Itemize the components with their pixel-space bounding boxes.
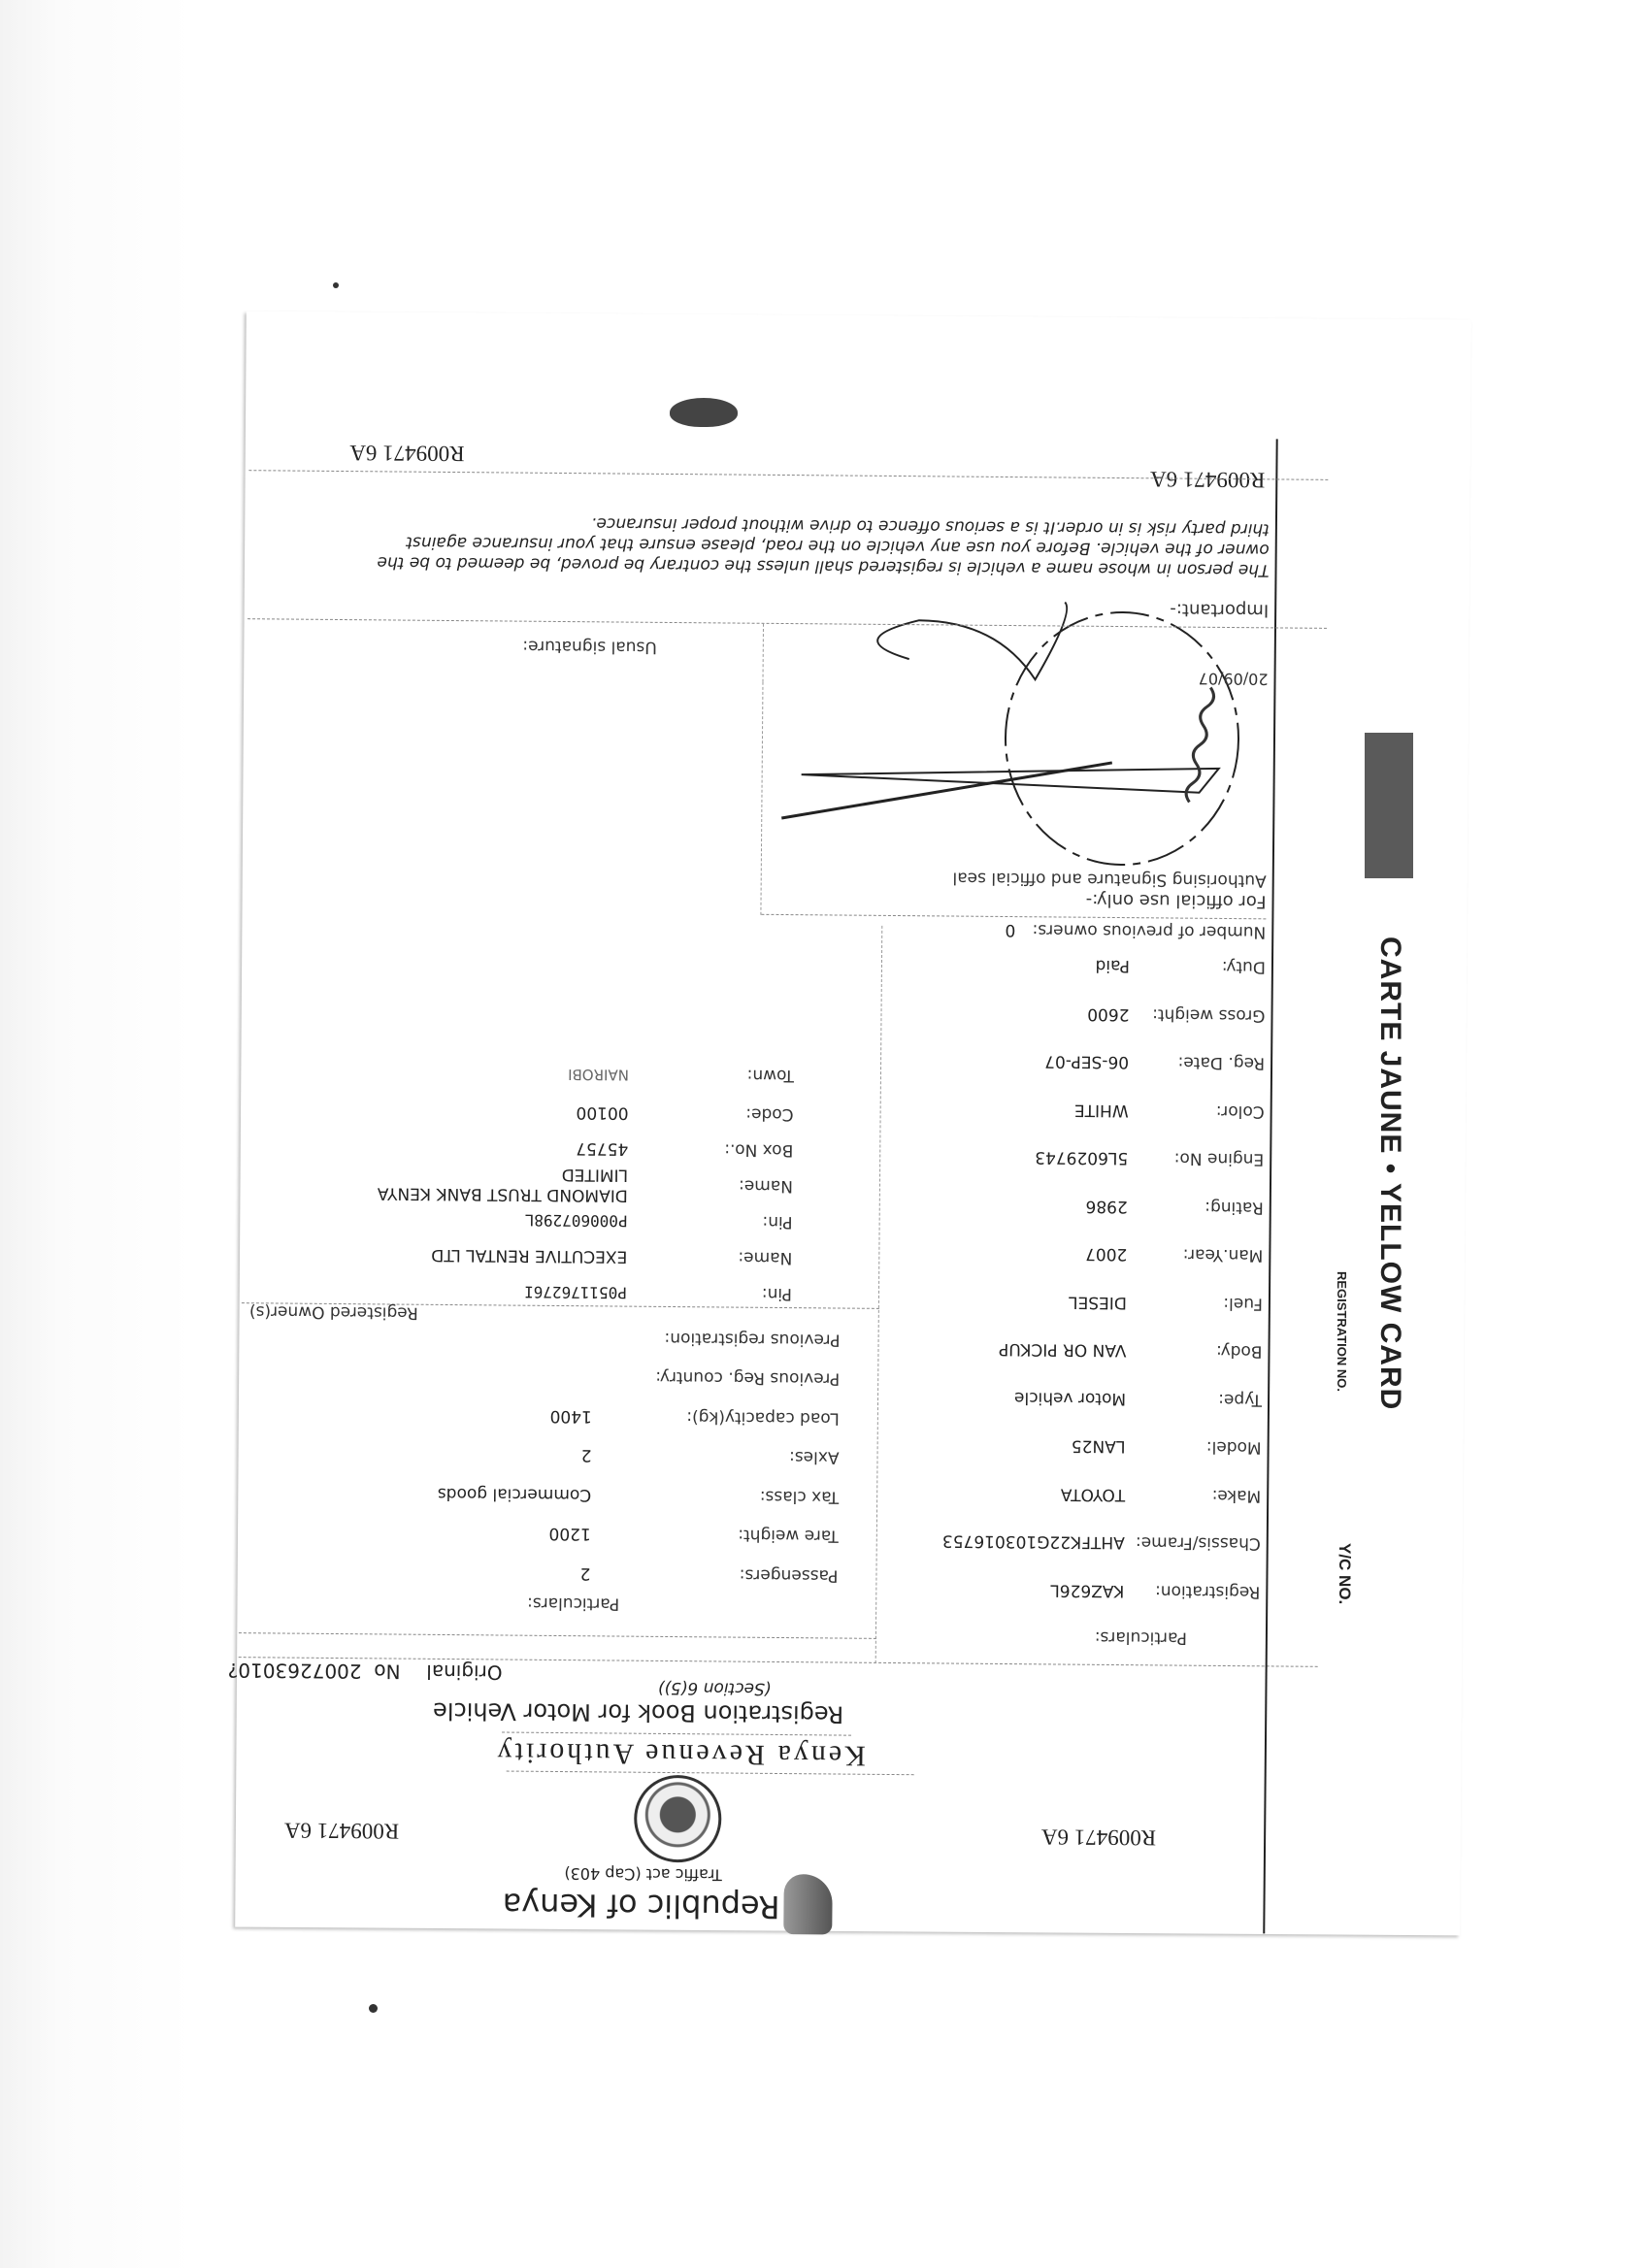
ink-stamp-mark (670, 398, 738, 427)
vehicle-field-label: Gross weight: (1152, 1004, 1266, 1025)
vehicle-field-label: Color: (1216, 1101, 1265, 1121)
tax-field-value: 2 (580, 1563, 591, 1583)
vehicle-field-value: LAN25 (1072, 1436, 1126, 1456)
serial-header-right: R009471 6A (284, 1818, 399, 1844)
owner2-pin: P000607298L (525, 1211, 628, 1231)
important-heading: Important:- (1170, 599, 1269, 620)
previous-owners-label: Number of previous owners: (1033, 920, 1267, 941)
owner2-name-line1: DIAMOND TRUST BANK KENYA (378, 1183, 628, 1204)
document-title: Registration Book for Motor Vehicle (433, 1697, 843, 1728)
thumb-smudge (783, 1874, 833, 1934)
document-number: 2007263010? (228, 1659, 362, 1683)
signature-date: 20/09/07 (1199, 670, 1269, 689)
tax-field-value: 1200 (548, 1524, 590, 1543)
vehicle-field-label: Man.Year: (1183, 1245, 1264, 1265)
vehicle-field-label: Fuel: (1223, 1294, 1263, 1313)
kra-crest-icon (634, 1775, 722, 1863)
vehicle-field-value: 2986 (1085, 1197, 1127, 1216)
tax-field-label: Tare weight: (738, 1526, 839, 1546)
town-value: NAIROBI (568, 1066, 629, 1084)
owner1-name-label: Name: (738, 1248, 792, 1267)
registration-book-page: Republic of Kenya Traffic act (Cap 403) … (236, 430, 1328, 1934)
vehicle-field-value: DIESEL (1069, 1293, 1127, 1313)
code-label: Code: (745, 1104, 793, 1124)
side-black-tab (1365, 733, 1413, 878)
vehicle-field-value: 5L6029743 (1035, 1148, 1128, 1168)
copy-type: Original (426, 1660, 502, 1685)
owner1-pin: P051176276I (524, 1283, 627, 1302)
act-reference: Traffic act (Cap 403) (564, 1864, 722, 1884)
section-reference: (Section 6(5)) (658, 1678, 772, 1698)
vehicle-field-value: AHTFK22G103016753 (942, 1531, 1125, 1553)
tax-field-label: Previous registration: (664, 1329, 840, 1350)
tax-field-label: Tax class: (760, 1487, 840, 1507)
box-label: Box No.: (724, 1139, 793, 1160)
vehicle-field-value: 2007 (1085, 1244, 1127, 1264)
registration-no-label: REGISTRATION NO. (1335, 1271, 1349, 1392)
particulars-left-heading: Particulars: (1095, 1627, 1187, 1648)
vehicle-field-value: WHITE (1074, 1101, 1129, 1120)
tax-field-label: Previous Reg. country: (655, 1367, 840, 1389)
country-heading: Republic of Kenya (502, 1887, 779, 1925)
box-value: 45757 (576, 1138, 628, 1158)
vehicle-field-value: KAZ626L (1050, 1580, 1124, 1600)
column-divider (875, 926, 883, 1663)
registered-owners-heading: Registered Owner(s) (249, 1301, 418, 1323)
vehicle-field-label: Make: (1212, 1486, 1262, 1505)
particulars-right-heading: Particulars: (527, 1594, 619, 1614)
carte-jaune-heading: CARTE JAUNE • YELLOW CARD (1373, 937, 1406, 1410)
owner2-name-label: Name: (739, 1176, 793, 1196)
vehicle-field-value: Motor vehicle (1014, 1388, 1126, 1408)
vehicle-field-value: Paid (1095, 956, 1130, 975)
tax-field-label: Passengers: (740, 1565, 839, 1586)
town-label: Town: (747, 1066, 794, 1085)
vehicle-field-value: 2600 (1087, 1004, 1129, 1024)
tax-field-label: Axles: (789, 1448, 840, 1467)
vehicle-field-label: Chassis/Frame: (1136, 1533, 1261, 1554)
vehicle-field-label: Engine No: (1174, 1149, 1265, 1169)
serial-footer-right: R009471 6A (349, 440, 464, 466)
code-value: 00100 (576, 1102, 628, 1122)
tax-field-value: 1400 (550, 1406, 592, 1426)
rule (761, 914, 1266, 920)
usual-signature-label: Usual signature: (522, 637, 657, 657)
vehicle-field-value: VAN OR PICKUP (999, 1339, 1127, 1360)
official-use-heading: For official use only:- (1086, 890, 1267, 912)
vehicle-field-label: Reg. Date: (1178, 1053, 1266, 1073)
vehicle-field-value: 06-SEP-07 (1044, 1052, 1129, 1072)
tax-field-label: Load capacity(kg): (686, 1407, 840, 1428)
vehicle-field-label: Body: (1216, 1341, 1263, 1361)
yc-no-label: Y/C NO. (1335, 1543, 1354, 1604)
rule (239, 1632, 876, 1639)
vehicle-field-label: Registration: (1155, 1581, 1260, 1601)
authority-name: Kenya Revenue Authority (494, 1735, 866, 1771)
tax-field-value: 2 (581, 1446, 592, 1465)
tax-field-value: Commercial goods (438, 1484, 591, 1504)
vehicle-field-label: Type: (1218, 1390, 1262, 1409)
vehicle-field-label: Duty: (1222, 957, 1266, 976)
number-label: No (374, 1660, 400, 1683)
owner2-name-line2: LIMITED (562, 1165, 629, 1185)
speck (369, 2004, 378, 2013)
previous-owners-value: 0 (1005, 920, 1015, 939)
vehicle-field-value: TOYOTA (1061, 1485, 1126, 1505)
vehicle-field-label: Model: (1206, 1437, 1262, 1457)
vehicle-field-label: Rating: (1204, 1198, 1264, 1218)
speck (333, 282, 339, 288)
owner1-pin-label: Pin: (762, 1284, 792, 1303)
owner1-name: EXECUTIVE RENTAL LTD (431, 1245, 627, 1266)
serial-header-left: R009471 6A (1041, 1824, 1156, 1850)
owner2-pin-label: Pin: (762, 1212, 792, 1232)
important-notice-text: The person in whose name a vehicle is re… (366, 510, 1270, 579)
